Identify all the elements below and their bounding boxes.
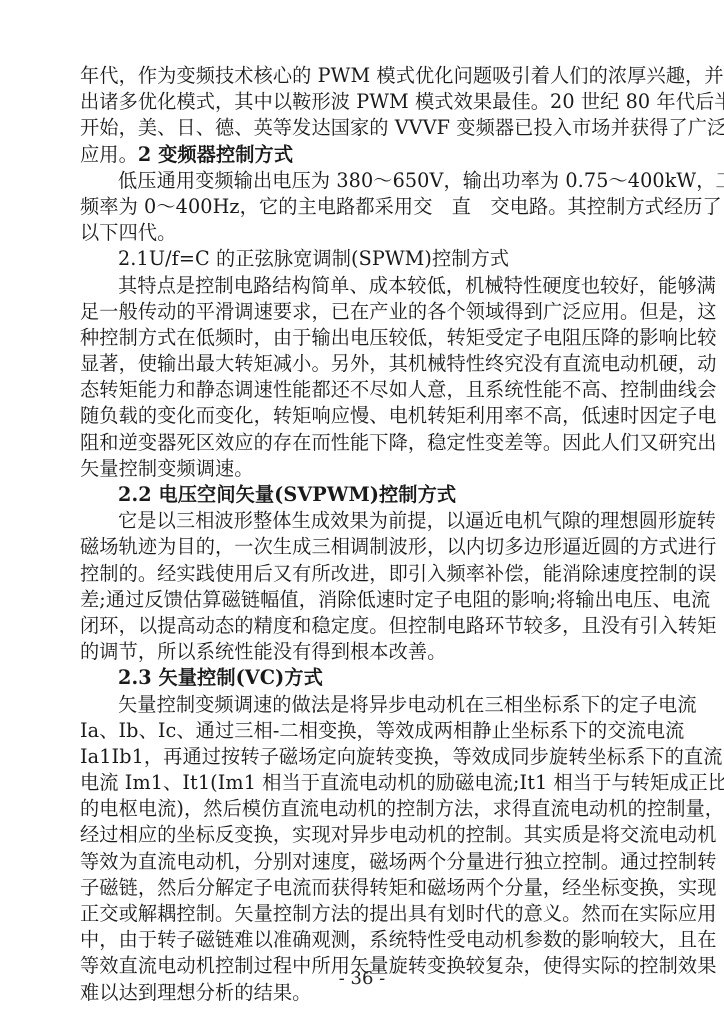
text-line: 正交或解耦控制。矢量控制方法的提出具有划时代的意义。然而在实际应用: [80, 901, 644, 927]
text-line: 差;通过反馈估算磁链幅值，消除低速时定子电阻的影响;将输出电压、电流: [80, 587, 644, 613]
text-line: 电流 Im1、It1(Im1 相当于直流电动机的励磁电流;It1 相当于与转矩成…: [80, 770, 644, 796]
text-line: 闭环，以提高动态的精度和稳定度。但控制电路环节较多，且没有引入转矩: [80, 613, 644, 639]
line-text: Ia1Ib1，再通过按转子磁场定向旋转变换，等效成同步旋转坐标系下的直流: [80, 745, 723, 768]
line-text: 显著，使输出最大转矩减小。另外，其机械特性终究没有直流电动机硬，动: [80, 352, 717, 375]
text-line: 其特点是控制电路结构简单、成本较低，机械特性硬度也较好，能够满: [80, 273, 644, 299]
text-line: 随负载的变化而变化，转矩响应慢、电机转矩利用率不高，低速时因定子电: [80, 403, 644, 429]
line-text: 矢量控制变频调速的做法是将异步电动机在三相坐标系下的定子电流: [118, 693, 697, 716]
line-text: 的调节，所以系统性能没有得到根本改善。: [80, 640, 446, 663]
document-page: 年代，作为变频技术核心的 PWM 模式优化问题吸引着人们的浓厚兴趣，并得出诸多优…: [80, 63, 644, 1006]
text-line: 低压通用变频输出电压为 380～650V，输出功率为 0.75～400kW，工作: [80, 168, 644, 194]
section-heading: 2.3 矢量控制(VC)方式: [80, 665, 644, 691]
text-line: 控制的。经实践使用后又有所改进，即引入频率补偿，能消除速度控制的误: [80, 561, 644, 587]
line-text: 其特点是控制电路结构简单、成本较低，机械特性硬度也较好，能够满: [118, 274, 716, 297]
line-text: 随负载的变化而变化，转矩响应慢、电机转矩利用率不高，低速时因定子电: [80, 404, 717, 427]
text-line: 频率为 0～400Hz，它的主电路都采用交 直 交电路。其控制方式经历了: [80, 194, 644, 220]
text-line: 的调节，所以系统性能没有得到根本改善。: [80, 639, 644, 665]
line-text: 等效为直流电动机，分别对速度，磁场两个分量进行独立控制。通过控制转: [80, 850, 717, 873]
line-text: 出诸多优化模式，其中以鞍形波 PWM 模式效果最佳。20 世纪 80 年代后半期: [80, 90, 724, 113]
line-text: 低压通用变频输出电压为 380～650V，输出功率为 0.75～400kW，工作: [118, 169, 724, 192]
line-text: 2.2 电压空间矢量(SVPWM)控制方式: [118, 483, 456, 506]
text-line: 阻和逆变器死区效应的存在而性能下降，稳定性变差等。因此人们又研究出: [80, 430, 644, 456]
line-text: 种控制方式在低频时，由于输出电压较低，转矩受定子电阻压降的影响比较: [80, 326, 717, 349]
line-text: 它是以三相波形整体生成效果为前提，以逼近电机气隙的理想圆形旋转: [118, 509, 716, 532]
line-text: 阻和逆变器死区效应的存在而性能下降，稳定性变差等。因此人们又研究出: [80, 431, 717, 454]
text-line: Ia、Ib、Ic、通过三相-二相变换，等效成两相静止坐标系下的交流电流: [80, 718, 644, 744]
text-line: 出诸多优化模式，其中以鞍形波 PWM 模式效果最佳。20 世纪 80 年代后半期: [80, 89, 644, 115]
line-text: 中，由于转子磁链难以准确观测，系统特性受电动机参数的影响较大，且在: [80, 928, 717, 951]
text-line: Ia1Ib1，再通过按转子磁场定向旋转变换，等效成同步旋转坐标系下的直流: [80, 744, 644, 770]
line-text: 应用。: [80, 143, 138, 166]
text-line: 足一般传动的平滑调速要求，已在产业的各个领域得到广泛应用。但是，这: [80, 299, 644, 325]
text-line: 以下四代。: [80, 220, 644, 246]
line-text: 差;通过反馈估算磁链幅值，消除低速时定子电阻的影响;将输出电压、电流: [80, 588, 710, 611]
line-text: 的电枢电流)，然后模仿直流电动机的控制方法，求得直流电动机的控制量，: [80, 797, 724, 820]
text-line: 等效为直流电动机，分别对速度，磁场两个分量进行独立控制。通过控制转: [80, 849, 644, 875]
text-line: 子磁链，然后分解定子电流而获得转矩和磁场两个分量，经坐标变换，实现: [80, 875, 644, 901]
text-line: 开始，美、日、德、英等发达国家的 VVVF 变频器已投入市场并获得了广泛: [80, 115, 644, 141]
line-text: 2.3 矢量控制(VC)方式: [118, 666, 323, 689]
line-text: 电流 Im1、It1(Im1 相当于直流电动机的励磁电流;It1 相当于与转矩成…: [80, 771, 724, 794]
text-line: 它是以三相波形整体生成效果为前提，以逼近电机气隙的理想圆形旋转: [80, 508, 644, 534]
line-text: 以下四代。: [80, 221, 176, 244]
section-heading: 2 变频器控制方式: [138, 143, 293, 166]
text-line: 显著，使输出最大转矩减小。另外，其机械特性终究没有直流电动机硬，动: [80, 351, 644, 377]
text-line: 年代，作为变频技术核心的 PWM 模式优化问题吸引着人们的浓厚兴趣，并得: [80, 63, 644, 89]
line-text: 控制的。经实践使用后又有所改进，即引入频率补偿，能消除速度控制的误: [80, 562, 717, 585]
line-text: 经过相应的坐标反变换，实现对异步电动机的控制。其实质是将交流电动机: [80, 823, 717, 846]
line-text: 子磁链，然后分解定子电流而获得转矩和磁场两个分量，经坐标变换，实现: [80, 876, 717, 899]
line-text: 年代，作为变频技术核心的 PWM 模式优化问题吸引着人们的浓厚兴趣，并得: [80, 64, 724, 87]
text-line: 中，由于转子磁链难以准确观测，系统特性受电动机参数的影响较大，且在: [80, 927, 644, 953]
text-line: 磁场轨迹为目的，一次生成三相调制波形，以内切多边形逼近圆的方式进行: [80, 534, 644, 560]
line-text: 足一般传动的平滑调速要求，已在产业的各个领域得到广泛应用。但是，这: [80, 300, 717, 323]
text-line: 2.1U/f=C 的正弦脉宽调制(SPWM)控制方式: [80, 246, 644, 272]
text-line: 应用。2 变频器控制方式: [80, 142, 644, 168]
line-text: 态转矩能力和静态调速性能都还不尽如人意，且系统性能不高、控制曲线会: [80, 378, 717, 401]
line-text: 磁场轨迹为目的，一次生成三相调制波形，以内切多边形逼近圆的方式进行: [80, 535, 717, 558]
line-text: 频率为 0～400Hz，它的主电路都采用交 直 交电路。其控制方式经历了: [80, 195, 722, 218]
text-line: 种控制方式在低频时，由于输出电压较低，转矩受定子电阻压降的影响比较: [80, 325, 644, 351]
section-heading: 2.2 电压空间矢量(SVPWM)控制方式: [80, 482, 644, 508]
line-text: 矢量控制变频调速。: [80, 457, 254, 480]
line-text: Ia、Ib、Ic、通过三相-二相变换，等效成两相静止坐标系下的交流电流: [80, 719, 684, 742]
text-line: 的电枢电流)，然后模仿直流电动机的控制方法，求得直流电动机的控制量，: [80, 796, 644, 822]
text-line: 态转矩能力和静态调速性能都还不尽如人意，且系统性能不高、控制曲线会: [80, 377, 644, 403]
line-text: 2.1U/f=C 的正弦脉宽调制(SPWM)控制方式: [118, 247, 509, 270]
text-line: 矢量控制变频调速。: [80, 456, 644, 482]
line-text: 开始，美、日、德、英等发达国家的 VVVF 变频器已投入市场并获得了广泛: [80, 116, 724, 139]
line-text: 正交或解耦控制。矢量控制方法的提出具有划时代的意义。然而在实际应用: [80, 902, 717, 925]
text-line: 矢量控制变频调速的做法是将异步电动机在三相坐标系下的定子电流: [80, 692, 644, 718]
text-line: 经过相应的坐标反变换，实现对异步电动机的控制。其实质是将交流电动机: [80, 822, 644, 848]
page-number: - 36 -: [0, 968, 724, 989]
line-text: 闭环，以提高动态的精度和稳定度。但控制电路环节较多，且没有引入转矩: [80, 614, 717, 637]
